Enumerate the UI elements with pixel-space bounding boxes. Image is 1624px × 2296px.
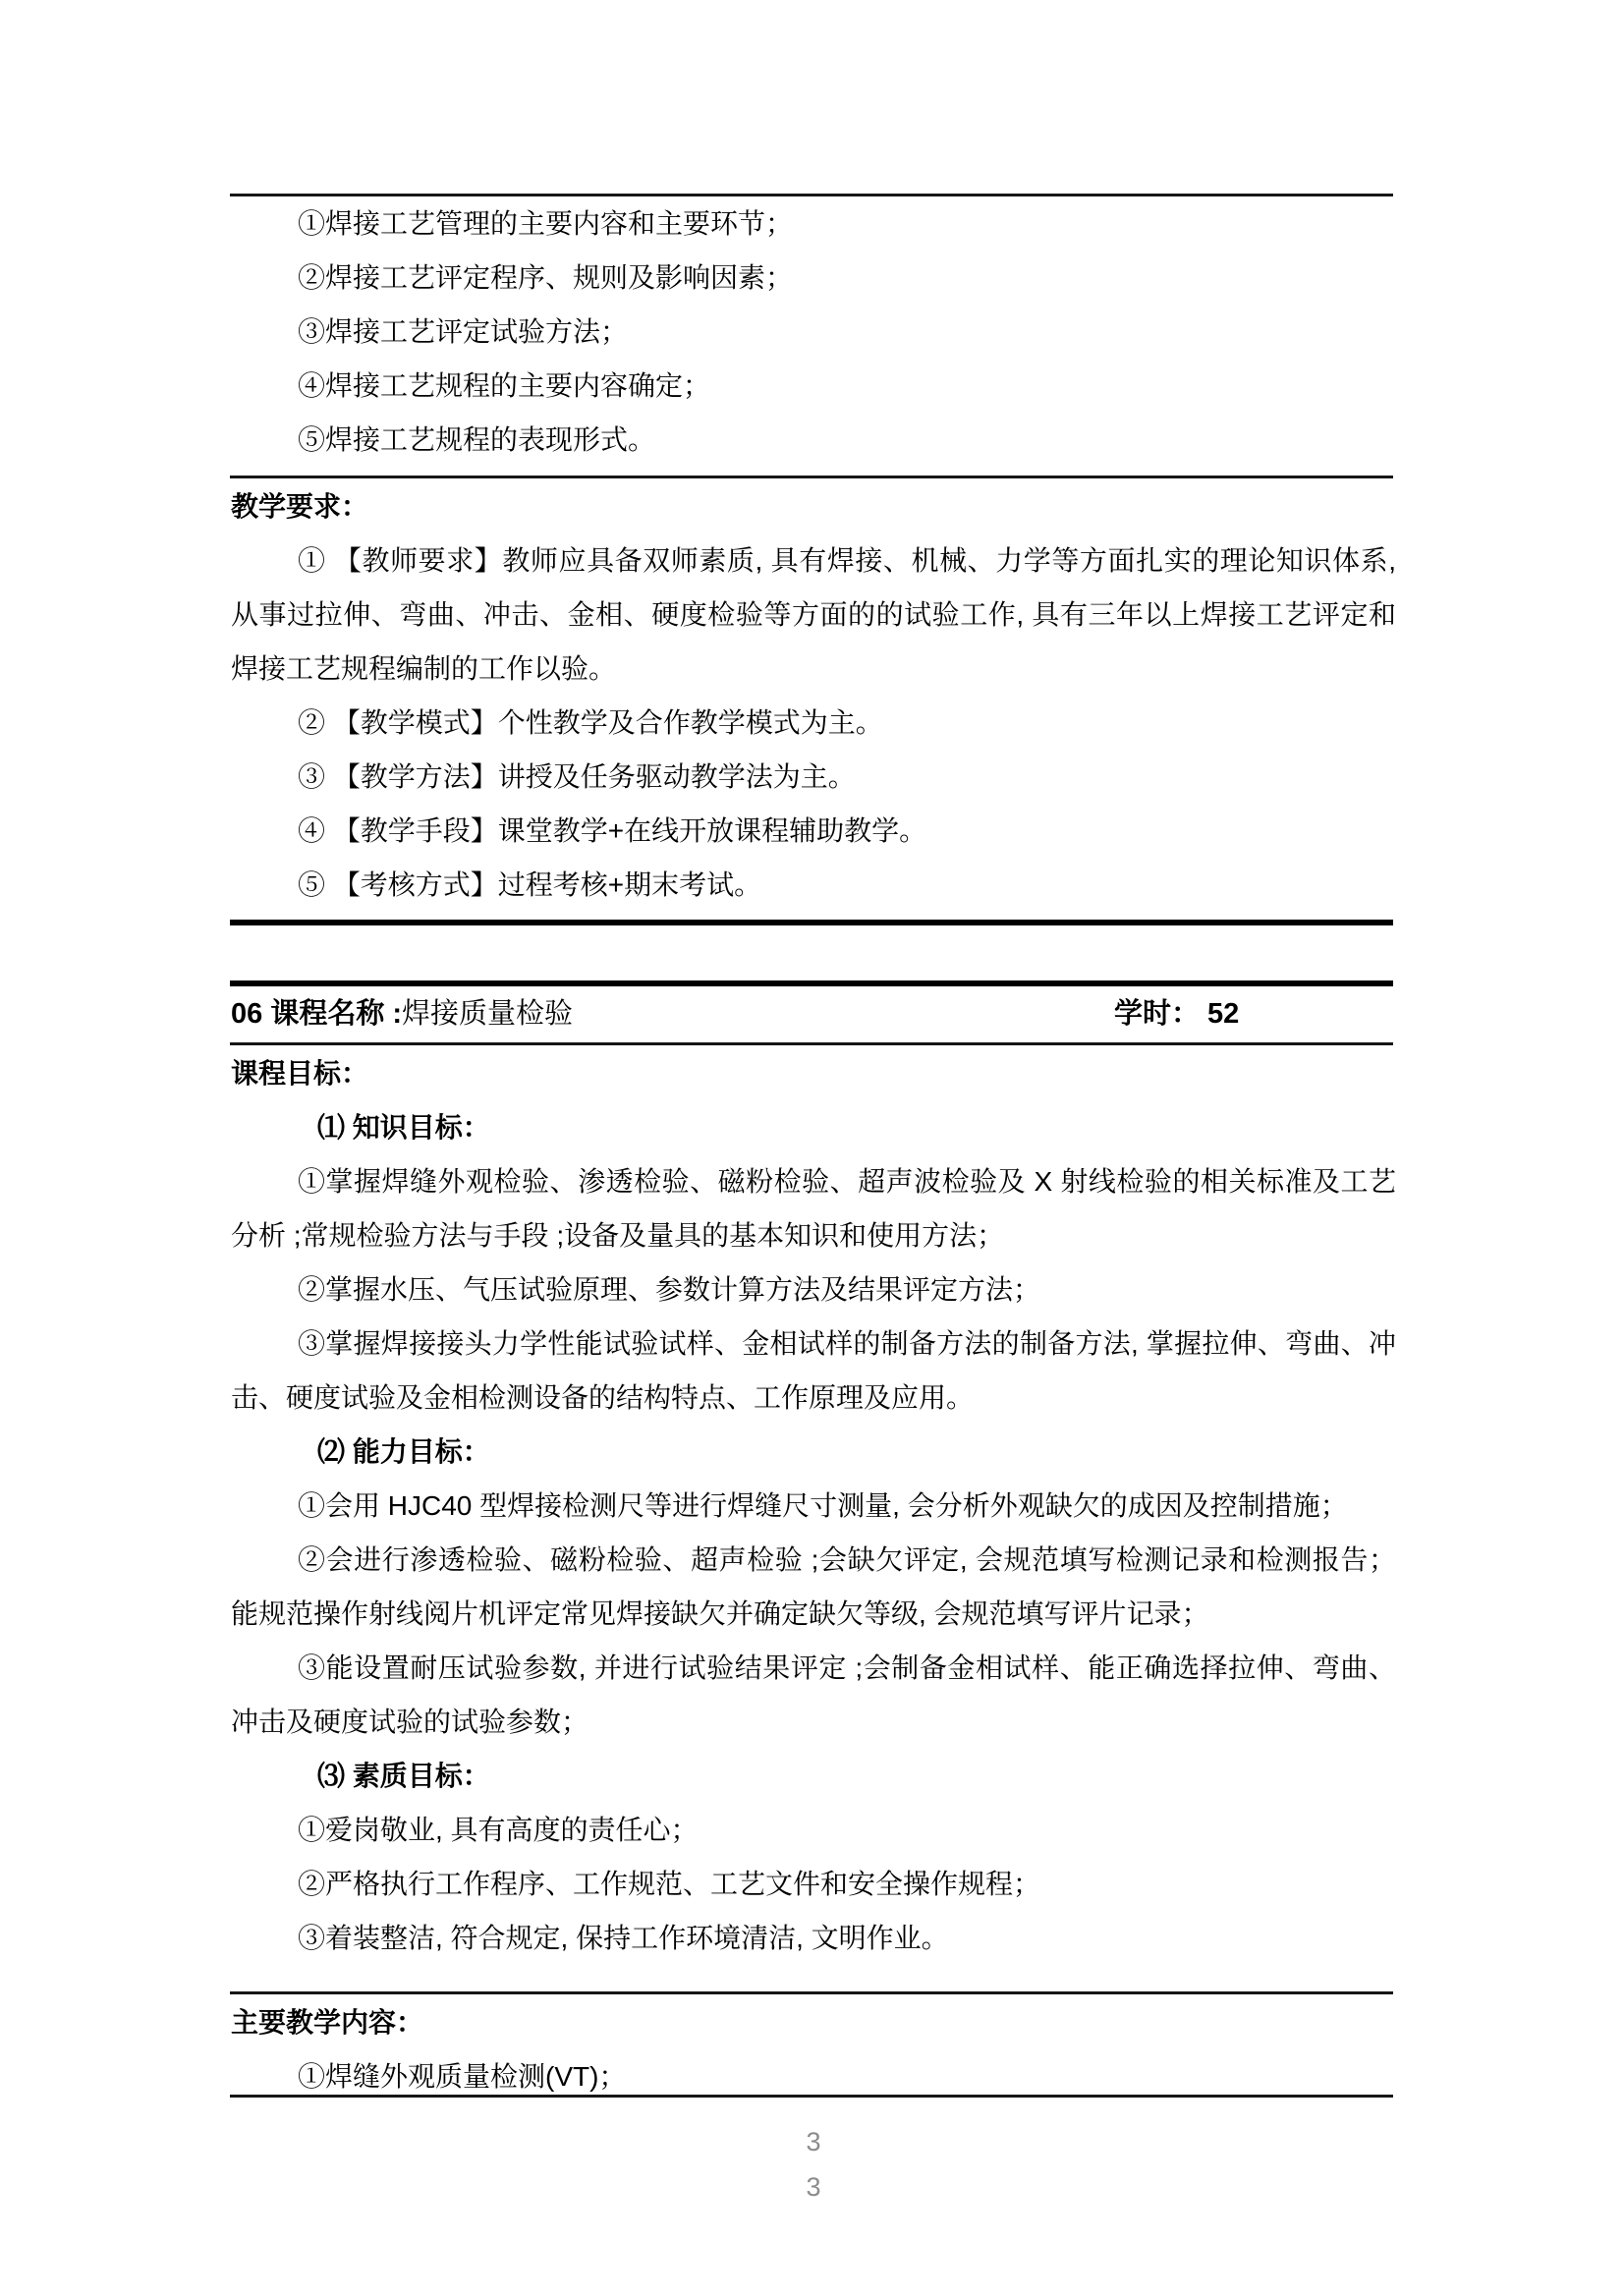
- course-number-label: 06 课程名称 :: [231, 998, 402, 1030]
- subsection-heading: ⑵ 能力目标：: [231, 1425, 1396, 1479]
- prior-section-list: ①焊接工艺管理的主要内容和主要环节； ②焊接工艺评定程序、规则及影响因素； ③焊…: [231, 196, 1396, 467]
- list-item: ①会用 HJC40 型焊接检测尺等进行焊缝尺寸测量, 会分析外观缺欠的成因及控制…: [231, 1479, 1396, 1533]
- list-item: ③掌握焊接接头力学性能试验试样、金相试样的制备方法的制备方法, 掌握拉伸、弯曲、…: [231, 1316, 1396, 1425]
- course-objectives-section: 课程目标： ⑴ 知识目标： ①掌握焊缝外观检验、渗透检验、磁粉检验、超声波检验及…: [231, 1046, 1396, 1965]
- page-number: 3: [231, 2119, 1396, 2164]
- divider-bottom: [230, 2095, 1393, 2098]
- list-item: ⑤焊接工艺规程的表现形式。: [231, 413, 1396, 467]
- list-item: ②会进行渗透检验、磁粉检验、超声检验 ;会缺欠评定, 会规范填写检测记录和检测报…: [231, 1533, 1396, 1641]
- subsection-heading: ⑶ 素质目标：: [231, 1749, 1396, 1803]
- section-heading: 教学要求：: [231, 479, 1396, 533]
- list-item: ③能设置耐压试验参数, 并进行试验结果评定 ;会制备金相试样、能正确选择拉伸、弯…: [231, 1641, 1396, 1749]
- list-item: ③焊接工艺评定试验方法；: [231, 305, 1396, 359]
- teaching-requirements-section: 教学要求： ① 【教师要求】教师应具备双师素质, 具有焊接、机械、力学等方面扎实…: [231, 479, 1396, 912]
- list-item: ① 【教师要求】教师应具备双师素质, 具有焊接、机械、力学等方面扎实的理论知识体…: [231, 533, 1396, 696]
- list-item: ①爱岗敬业, 具有高度的责任心；: [231, 1803, 1396, 1857]
- divider-main-content: [230, 1991, 1393, 1994]
- divider-under-course-header: [230, 1042, 1393, 1045]
- list-item: ④ 【教学手段】课堂教学+在线开放课程辅助教学。: [231, 804, 1396, 858]
- subsection-heading: ⑴ 知识目标：: [231, 1100, 1396, 1154]
- list-item: ①焊接工艺管理的主要内容和主要环节；: [231, 196, 1396, 251]
- list-item: ② 【教学模式】个性教学及合作教学模式为主。: [231, 696, 1396, 750]
- divider-section-end: [230, 920, 1393, 925]
- section-heading: 课程目标：: [231, 1046, 1396, 1100]
- course-hours: 学时： 52: [1114, 986, 1239, 1041]
- list-item: ③着装整洁, 符合规定, 保持工作环境清洁, 文明作业。: [231, 1911, 1396, 1965]
- list-item: ②掌握水压、气压试验原理、参数计算方法及结果评定方法；: [231, 1262, 1396, 1316]
- main-content-section: 主要教学内容： ①焊缝外观质量检测(VT)；: [231, 1995, 1396, 2103]
- list-item: ④焊接工艺规程的主要内容确定；: [231, 359, 1396, 413]
- page-number: 3: [231, 2164, 1396, 2210]
- document-page: ①焊接工艺管理的主要内容和主要环节； ②焊接工艺评定程序、规则及影响因素； ③焊…: [0, 0, 1624, 2296]
- course-header-row: 06 课程名称 :焊接质量检验 学时： 52: [231, 986, 1396, 1041]
- course-name: 焊接质量检验: [402, 998, 573, 1030]
- divider-teaching-requirements: [230, 476, 1393, 478]
- list-item: ⑤ 【考核方式】过程考核+期末考试。: [231, 858, 1396, 912]
- list-item: ②严格执行工作程序、工作规范、工艺文件和安全操作规程；: [231, 1857, 1396, 1911]
- list-item: ②焊接工艺评定程序、规则及影响因素；: [231, 251, 1396, 305]
- page-footer: 3 3: [231, 2119, 1396, 2210]
- section-heading: 主要教学内容：: [231, 1995, 1396, 2049]
- list-item: ①掌握焊缝外观检验、渗透检验、磁粉检验、超声波检验及 X 射线检验的相关标准及工…: [231, 1154, 1396, 1262]
- list-item: ③ 【教学方法】讲授及任务驱动教学法为主。: [231, 750, 1396, 804]
